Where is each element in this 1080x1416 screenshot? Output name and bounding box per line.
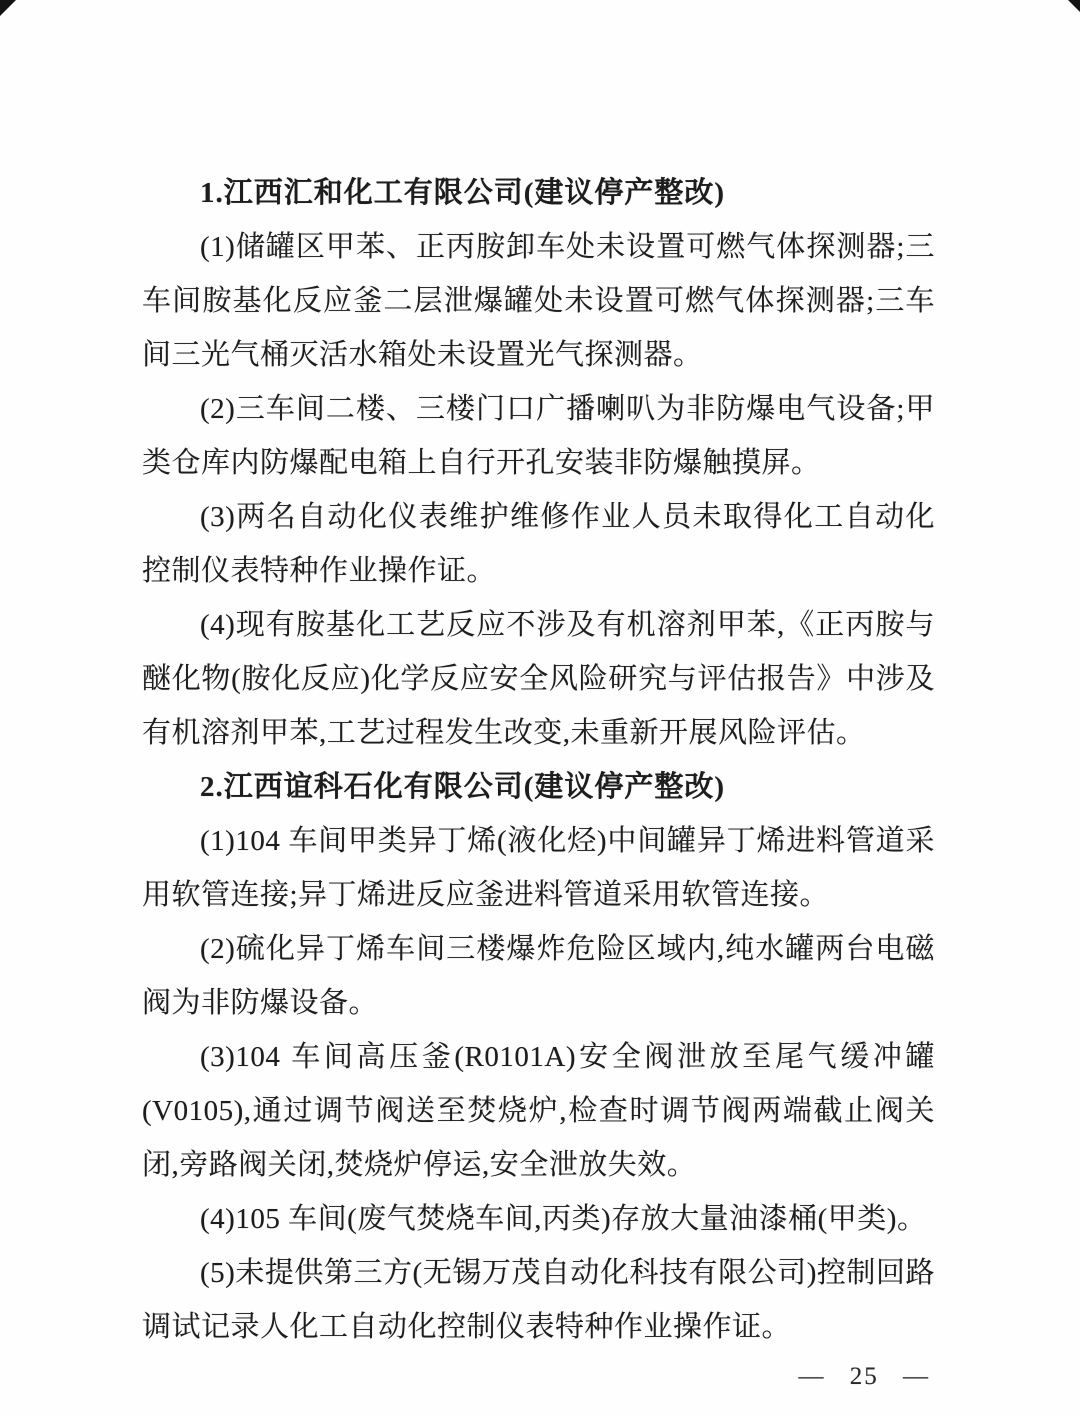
company-2-finding-2: (2)硫化异丁烯车间三楼爆炸危险区域内,纯水罐两台电磁阀为非防爆设备。: [142, 922, 935, 1030]
company-1-finding-1: (1)储罐区甲苯、正丙胺卸车处未设置可燃气体探测器;三车间胺基化反应釜二层泄爆罐…: [142, 220, 935, 382]
scan-corner-mark-left: [0, 0, 16, 16]
company-1-finding-2: (2)三车间二楼、三楼门口广播喇叭为非防爆电气设备;甲类仓库内防爆配电箱上自行开…: [142, 382, 935, 490]
company-2-finding-3: (3)104 车间高压釜(R0101A)安全阀泄放至尾气缓冲罐(V0105),通…: [142, 1030, 935, 1192]
company-2-heading: 2.江西谊科石化有限公司(建议停产整改): [142, 760, 935, 814]
company-1-heading: 1.江西汇和化工有限公司(建议停产整改): [142, 166, 935, 220]
company-1-finding-3: (3)两名自动化仪表维护维修作业人员未取得化工自动化控制仪表特种作业操作证。: [142, 490, 935, 598]
document-page: 1.江西汇和化工有限公司(建议停产整改) (1)储罐区甲苯、正丙胺卸车处未设置可…: [0, 0, 1080, 1416]
company-2-finding-5: (5)未提供第三方(无锡万茂自动化科技有限公司)控制回路调试记录人化工自动化控制…: [142, 1246, 935, 1354]
company-2-finding-4: (4)105 车间(废气焚烧车间,丙类)存放大量油漆桶(甲类)。: [142, 1192, 935, 1246]
document-body: 1.江西汇和化工有限公司(建议停产整改) (1)储罐区甲苯、正丙胺卸车处未设置可…: [142, 166, 935, 1354]
page-number: — 25 —: [799, 1362, 931, 1392]
company-2-finding-1: (1)104 车间甲类异丁烯(液化烃)中间罐异丁烯进料管道采用软管连接;异丁烯进…: [142, 814, 935, 922]
company-1-finding-4: (4)现有胺基化工艺反应不涉及有机溶剂甲苯,《正丙胺与醚化物(胺化反应)化学反应…: [142, 598, 935, 760]
scan-corner-mark-right: [1068, 0, 1080, 12]
